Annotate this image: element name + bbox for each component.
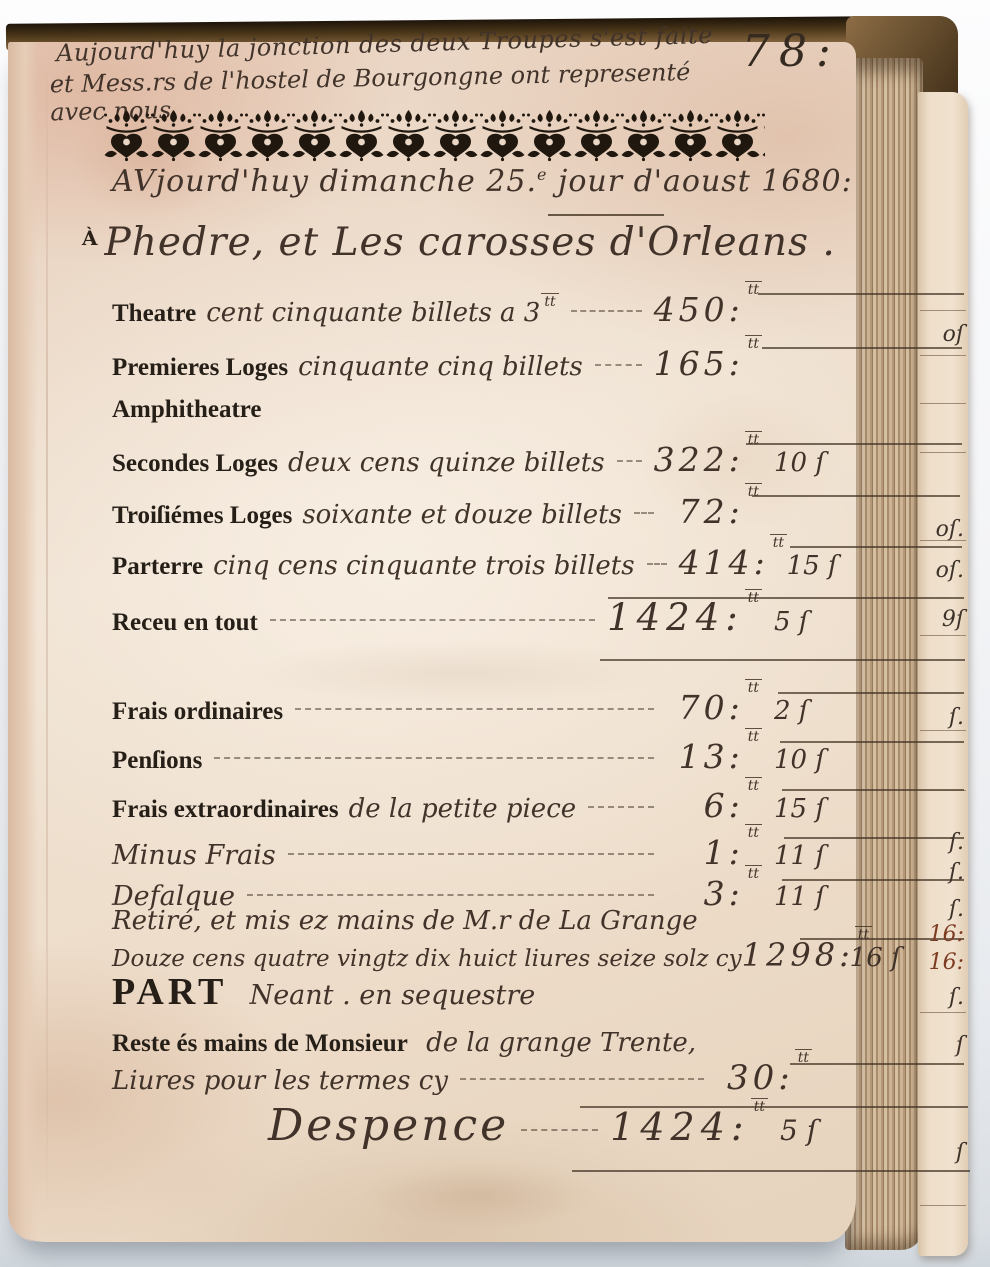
withdrawal-sols: 16 ſ (850, 943, 901, 973)
date-ordinal: e (537, 165, 547, 184)
row-sols: 11 ſ (774, 882, 862, 912)
row-label: Parterre (112, 553, 203, 581)
underpage-rule-line (920, 355, 966, 356)
row-label: Amphitheatre (112, 396, 262, 424)
livres-symbol: tt (745, 431, 762, 448)
underpage-rule-line (920, 790, 966, 791)
title-margin-letter: À (82, 226, 99, 250)
reste-line2: Liures pour les termes cy (112, 1066, 448, 1096)
livres-symbol: tt (745, 281, 762, 298)
manuscript-photo: Aujourd'huy la jonction des deux Troupes… (0, 0, 990, 1267)
row-label: Troiſiémes Loges (112, 502, 292, 530)
withdrawal-line1: Retiré, et mis ez mains de M.r de La Gra… (112, 906, 698, 936)
row-sols: 10 ſ (774, 448, 862, 478)
dotted-leader (571, 310, 642, 312)
account-rule-line (746, 443, 962, 445)
total-sols: 5 ſ (774, 607, 862, 637)
receipt-row-secondes-loges: Secondes Loges deux cens quinze billets … (112, 440, 862, 479)
row-amount: 70:tt (666, 688, 762, 727)
despence-sols: 5 ſ (780, 1114, 868, 1147)
expense-row-frais-extraordinaires: Frais extraordinaires de la petite piece… (112, 786, 862, 825)
dotted-leader (588, 806, 654, 808)
livres-symbol: tt (541, 293, 558, 310)
row-label: Penſions (112, 747, 202, 775)
livres-symbol: tt (745, 824, 762, 841)
total-label: Receu en tout (112, 609, 258, 637)
underpage-rule-line (920, 635, 966, 636)
row-amount: 165:tt (654, 344, 762, 383)
row-sols: 15 ſ (774, 794, 862, 824)
underpage-rule-line (920, 452, 966, 453)
date-line: AVjourd'huy dimanche 25.e jour d'aoust 1… (112, 164, 853, 199)
row-detail: cinq cens cinquante trois billets (213, 551, 634, 581)
printed-fleuron-ornament-band (103, 108, 765, 162)
dotted-leader (521, 1129, 598, 1131)
account-rule-line (572, 1170, 970, 1172)
receipt-row-parterre: Parterre cinq cens cinquante trois bille… (112, 543, 862, 582)
row-amount: 414:tt (679, 543, 775, 582)
row-sols: 10 ſ (774, 745, 862, 775)
row-detail: cent cinquante billets a 3 (206, 298, 540, 328)
underpage-amount-fragment: oſ. (918, 558, 964, 583)
part-row: PART Neant . en sequestre (112, 970, 535, 1014)
account-rule-line (778, 692, 964, 694)
receipt-row-theatre: Theatre cent cinquante billets a 3tt 450… (112, 290, 862, 329)
underpage-amount-fragment: ſ (918, 1140, 964, 1165)
livres-symbol: tt (745, 679, 762, 696)
row-amount: 72:tt (666, 492, 762, 531)
title-text: Phedre, et Les carosses d'Orleans . (105, 220, 836, 265)
part-label: PART (112, 971, 227, 1013)
folio-number: 78: (742, 26, 840, 77)
account-rule-line (758, 293, 964, 295)
underpage-amount-fragment: ſ. (918, 860, 964, 885)
row-amount: 6:tt (666, 786, 762, 825)
account-rule-line (608, 597, 964, 599)
row-detail: soixante et douze billets (302, 500, 622, 530)
underpage-amount-fragment: 16: (918, 950, 964, 975)
account-rule-line (600, 659, 965, 661)
row-label: Minus Frais (112, 840, 276, 871)
account-rule-line (780, 741, 964, 743)
row-amount: 450:tt (654, 290, 762, 329)
underpage-amount-fragment: oſ. (918, 517, 964, 542)
dotted-leader (288, 853, 654, 855)
reste-line2-row: Liures pour les termes cy 30:tt (112, 1058, 812, 1098)
livres-symbol: tt (770, 534, 787, 551)
underpage-amount-fragment: 9ſ (918, 607, 964, 632)
row-label: Premieres Loges (112, 354, 288, 382)
underpage-amount-fragment: ſ. (918, 897, 964, 922)
expense-row-frais-ordinaires: Frais ordinaires 70:tt 2 ſ (112, 688, 862, 727)
withdrawal-line2: Douze cens quatre vingtz dix huict liure… (112, 946, 742, 972)
row-detail: cinquante cinq billets (298, 352, 583, 382)
account-rule-line (790, 1063, 964, 1065)
row-label: Frais extraordinaires (112, 796, 339, 824)
underpage-rule-line (920, 403, 966, 404)
dotted-leader (634, 512, 654, 514)
underpage-amount-fragment: ſ. (918, 705, 964, 730)
account-rule-line (762, 347, 962, 349)
livres-symbol: tt (745, 335, 762, 352)
livres-symbol: tt (745, 865, 762, 882)
date-text: AVjourd'huy dimanche 25. (112, 164, 537, 199)
part-note: Neant . en sequestre (250, 980, 536, 1011)
row-amount: 13:tt (666, 737, 762, 776)
livres-symbol: tt (745, 728, 762, 745)
play-title: ÀPhedre, et Les carosses d'Orleans . (82, 220, 836, 265)
underpage-rule-line (920, 1205, 966, 1206)
underpage-amount-fragment: ſ. (918, 985, 964, 1010)
reste-label: Reste és mains de Monsieur (112, 1030, 408, 1057)
underpage-amount-fragment: ſ (918, 1033, 964, 1058)
livres-symbol: tt (745, 777, 762, 794)
row-detail: de la petite piece (349, 794, 577, 824)
despence-label: Despence (268, 1100, 509, 1151)
account-rule-line (790, 546, 962, 548)
row-label: Secondes Loges (112, 450, 278, 478)
dotted-leader (295, 708, 654, 710)
livres-symbol: tt (855, 926, 872, 943)
receipt-row-amphitheatre: Amphitheatre (112, 396, 862, 424)
dotted-leader (460, 1078, 704, 1080)
row-amount: 322:tt (654, 440, 762, 479)
reste-script: de la grange Trente, (426, 1028, 696, 1058)
reste-line1: Reste és mains de Monsieur de la grange … (112, 1028, 696, 1058)
dotted-leader (647, 563, 667, 565)
dotted-leader (617, 460, 642, 462)
total-amount: 1424:tt (607, 596, 762, 639)
underpage-amount-fragment: 16: (918, 922, 964, 947)
underpage-rule-line (920, 1012, 966, 1013)
account-rule-line (752, 495, 960, 497)
expense-row-pensions: Penſions 13:tt 10 ſ (112, 737, 862, 776)
row-label: Frais ordinaires (112, 698, 283, 726)
dotted-leader (247, 894, 654, 896)
page-content: Aujourd'huy la jonction des deux Troupes… (0, 0, 990, 1267)
row-detail: deux cens quinze billets (288, 448, 605, 478)
account-rule-line (580, 1106, 968, 1108)
despence-amount: 1424:tt (610, 1105, 768, 1149)
dotted-leader (270, 619, 595, 621)
receipt-total-row: Receu en tout 1424:tt 5 ſ (112, 596, 862, 639)
underpage-amount-fragment: oſ (918, 322, 964, 347)
withdrawal-line2-row: Douze cens quatre vingtz dix huict liure… (112, 936, 862, 974)
livres-symbol: tt (745, 483, 762, 500)
receipt-row-troisiemes-loges: Troiſiémes Loges soixante et douze bille… (112, 492, 862, 531)
underpage-rule-line (920, 310, 966, 311)
underpage-rule-line (920, 730, 966, 731)
row-sols: 2 ſ (774, 696, 862, 726)
receipt-row-premieres-loges: Premieres Loges cinquante cinq billets 1… (112, 344, 862, 383)
dotted-leader (595, 364, 642, 366)
row-sols: 11 ſ (774, 841, 862, 871)
date-text-tail: jour d'aoust 1680: (547, 164, 852, 199)
withdrawal-amount: 1298:tt (742, 936, 838, 974)
row-label: Theatre (112, 300, 196, 328)
dotted-leader (214, 757, 654, 759)
underpage-amount-fragment: ſ. (918, 830, 964, 855)
date-underline (548, 214, 664, 216)
row-sols: 15 ſ (787, 551, 862, 581)
